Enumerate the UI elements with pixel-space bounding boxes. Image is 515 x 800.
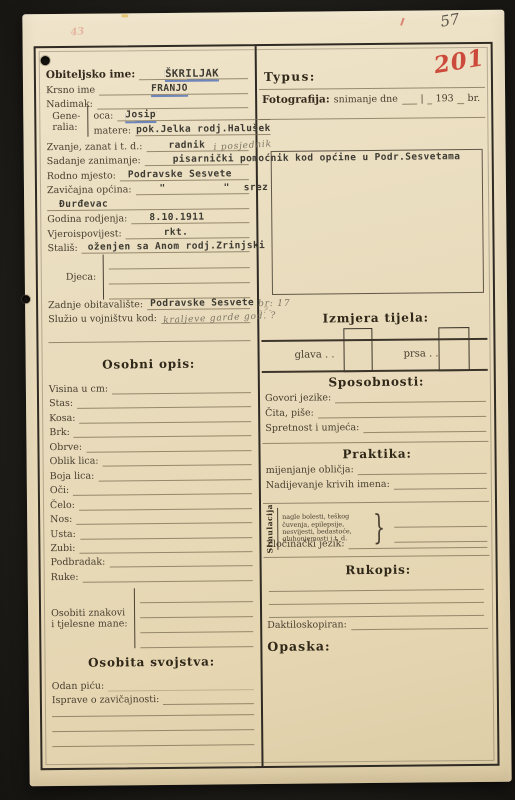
opis-label: Oči:	[50, 485, 73, 496]
section-title-remark: Opaska:	[267, 638, 330, 654]
father-value: Josip	[125, 109, 156, 121]
opis-row-stas: Stas:	[49, 393, 251, 409]
head-label: glava . .	[295, 349, 335, 360]
field-false-names: Nadijevanje krivih imena:	[266, 475, 487, 491]
military-service-label: Služio u vojništvu kod:	[48, 313, 161, 325]
blank-line	[52, 744, 254, 747]
field-fingerprinted: Daktiloskopiran:	[267, 615, 488, 631]
marital-status-label: Stališ:	[48, 243, 82, 254]
photograph-line	[259, 117, 485, 120]
speaks-languages-label: Govori jezike:	[265, 392, 335, 404]
first-name-value: FRANJO	[151, 83, 188, 95]
yellow-speck	[121, 14, 128, 17]
fingerprinted-label: Daktiloskopiran:	[267, 619, 351, 631]
field-military-service: Služio u vojništvu kod: kraljeve garde g…	[48, 309, 250, 325]
section-title-personal-description: Osobni opis:	[39, 356, 259, 372]
ditto-mark-1: "	[159, 183, 165, 195]
opis-label: Zubi:	[50, 543, 79, 554]
religion-label: Vjeroispovijest:	[47, 228, 125, 240]
home-municipality-label: Zavičajna općina:	[47, 184, 136, 196]
field-changing-appearance: mijenjanje obličja:	[266, 460, 487, 476]
field-skills: Spretnost i umjeća:	[265, 418, 486, 434]
section-title-body-measurements: Izmjera tijela:	[258, 310, 493, 326]
blank-line	[52, 714, 254, 717]
handwriting-line	[269, 602, 484, 605]
field-generalia: Gene- ralia: oca: Josip matere: pok.Jelk…	[52, 104, 248, 137]
opis-label: Nos:	[50, 514, 76, 525]
opis-row-podbradak: Podbradak:	[50, 552, 252, 568]
last-residence-value: Podravske Sesvete	[150, 297, 254, 310]
opis-label: Oblik lica:	[50, 456, 103, 468]
punch-hole-left-edge	[22, 295, 30, 303]
criminal-language-label: Zločinački jezik:	[266, 538, 348, 550]
citizenship-documents-label: Isprave o zavičajnosti:	[52, 694, 164, 706]
opis-label: Podbradak:	[51, 557, 110, 569]
religion-value: rkt.	[164, 227, 189, 239]
special-marks-label-bottom: i tjelesne mane:	[51, 618, 131, 630]
form-border-frame: Obiteljsko ime: ŠKRILJAK Krsno ime FRANJ…	[34, 42, 500, 770]
photograph-bar: |	[417, 93, 426, 104]
section-title-handwriting: Rukopis:	[261, 562, 496, 578]
field-photograph: Fotografija: snimanje dne | 193 br.	[262, 90, 483, 106]
left-column: Obiteljsko ime: ŠKRILJAK Krsno ime FRANJ…	[36, 46, 263, 768]
generalia-label-top: Gene-	[52, 110, 84, 121]
false-names-label: Nadijevanje krivih imena:	[266, 479, 394, 491]
special-marks-lines	[140, 587, 253, 648]
changing-appearance-label: mijenjanje obličja:	[266, 464, 358, 476]
opis-label: Obrve:	[49, 442, 86, 453]
chest-measure-box	[438, 327, 469, 371]
blank-line	[52, 729, 254, 732]
handwriting-line	[269, 589, 484, 592]
opis-row-ruke: Ruke:	[51, 567, 253, 583]
field-citizenship-documents: Isprave o zavičajnosti:	[52, 690, 254, 706]
birth-year-label: Godina rodjenja:	[47, 213, 131, 225]
separator-line	[262, 441, 488, 444]
family-name-value: ŠKRILJAK	[165, 67, 219, 80]
separator-line	[264, 555, 490, 558]
field-family-name: Obiteljsko ime: ŠKRILJAK	[46, 65, 248, 81]
ditto-mark-2: "	[224, 182, 230, 194]
field-home-municipality: Zavičajna općina: ""srez	[47, 180, 249, 196]
opis-label: Visina u cm:	[49, 383, 112, 395]
generalia-bracket	[87, 106, 88, 137]
marital-status-value: oženjen sa Anom rodj.Zrinjski	[88, 240, 266, 254]
typus-number-red: 201	[432, 44, 487, 79]
head-measure-box	[343, 328, 372, 372]
first-name-label: Krsno ime	[46, 85, 99, 97]
special-marks-label-top: Osobiti znakovi	[51, 607, 131, 619]
children-lines	[109, 253, 250, 299]
occupation-label: Sadanje zanimanje:	[47, 155, 145, 167]
photograph-br: br.	[464, 93, 483, 104]
generalia-label-bottom: ralia:	[52, 121, 84, 132]
opis-row-oblik-lica: Oblik lica:	[50, 451, 252, 467]
scanned-document: 57 43 Obiteljsko ime: ŠKRILJAK Krsno ime…	[0, 0, 515, 800]
mother-value: pok.Jelka rodj.Halušek	[136, 123, 271, 136]
children-label: Djeca:	[66, 272, 100, 283]
opis-row-oci: Oči:	[50, 480, 252, 496]
opis-row-nos: Nos:	[50, 509, 252, 525]
reads-writes-label: Čita, piše:	[265, 408, 318, 420]
photograph-text: snimanje dne	[334, 94, 402, 106]
opis-row-brk: Brk:	[49, 422, 251, 438]
red-tick-mark	[400, 18, 405, 26]
field-marital-status: Stališ: oženjen sa Anom rodj.Zrinjski	[47, 238, 249, 254]
field-birth-year: Godina rodjenja: 8.10.1911	[47, 209, 249, 225]
opis-label: Čelo:	[50, 500, 79, 511]
field-occupation: Sadanje zanimanje: pisarnički pomoćnik k…	[47, 151, 249, 167]
field-special-marks: Osobiti znakovi i tjelesne mane:	[51, 587, 254, 649]
opis-label: Brk:	[49, 427, 74, 438]
special-marks-bracket	[134, 588, 136, 648]
children-bracket	[103, 255, 104, 300]
field-criminal-language: Zločinački jezik:	[266, 534, 487, 550]
photograph-year: 193	[433, 93, 457, 104]
father-label: oca:	[93, 110, 117, 121]
mother-label: matere:	[94, 125, 136, 136]
birthplace-label: Rodno mjesto:	[47, 170, 120, 182]
devoted-to-drink-label: Odan piću:	[52, 681, 109, 693]
opis-label: Usta:	[50, 529, 80, 540]
paper-sheet: 57 43 Obiteljsko ime: ŠKRILJAK Krsno ime…	[22, 10, 511, 787]
opis-label: Boja lica:	[50, 471, 99, 482]
separator-line	[48, 340, 250, 343]
birthplace-value: Podravske Sesvete	[128, 168, 232, 181]
opis-label: Kosa:	[49, 413, 79, 424]
photo-box	[271, 149, 484, 295]
skills-label: Spretnost i umjeća:	[265, 422, 363, 434]
field-speaks-languages: Govori jezike:	[265, 388, 486, 404]
field-children: Djeca:	[66, 253, 250, 300]
field-reads-writes: Čita, piše:	[265, 403, 486, 419]
faint-red-mark: 43	[70, 26, 85, 38]
district-value: Đurđevac	[59, 199, 108, 211]
opis-label: Stas:	[49, 398, 77, 409]
pencil-page-number: 57	[439, 10, 461, 31]
birth-year-value: 8.10.1911	[149, 212, 204, 225]
family-name-label: Obiteljsko ime:	[46, 69, 139, 81]
chest-label: prsa . .	[404, 348, 439, 359]
photograph-label: Fotografija:	[262, 94, 334, 106]
opis-label: Ruke:	[51, 572, 83, 583]
section-title-special-traits: Osobita svojstva:	[41, 654, 261, 670]
vocation-value: radnik	[168, 140, 205, 152]
typus-label: Typus:	[264, 70, 316, 84]
